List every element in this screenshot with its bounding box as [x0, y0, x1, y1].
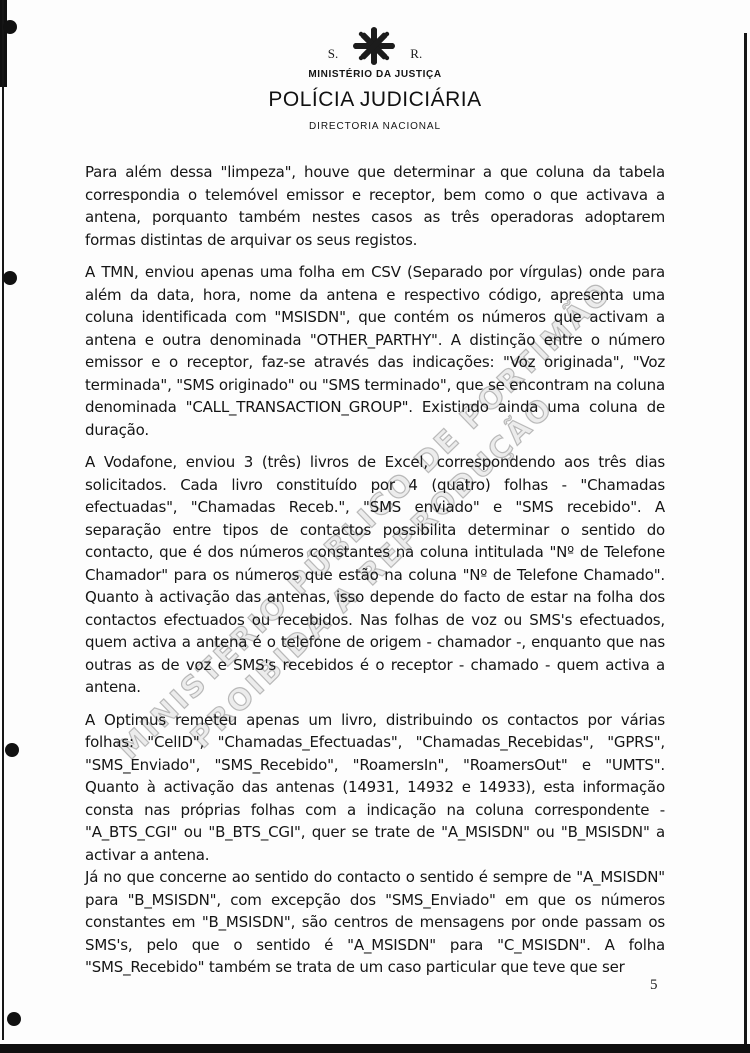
crest-right-initial: R.	[410, 33, 422, 60]
punch-hole	[7, 1012, 21, 1026]
organization-title: POLÍCIA JUDICIÁRIA	[0, 88, 750, 112]
ministry-name: MINISTÉRIO DA JUSTIÇA	[0, 69, 750, 80]
page-number: 5	[650, 977, 658, 994]
document-page: MINISTÉRIO PÚBLICO DE PORTIMÃO PROIBIDA …	[0, 0, 750, 1053]
document-body: Para além dessa "limpeza", houve que det…	[85, 161, 665, 979]
paragraph-4: A Optimus remeteu apenas um livro, distr…	[85, 709, 665, 867]
paragraph-3: A Vodafone, enviou 3 (três) livros de Ex…	[85, 451, 665, 699]
paragraph-5: Já no que concerne ao sentido do contact…	[85, 866, 665, 979]
paragraph-1: Para além dessa "limpeza", houve que det…	[85, 161, 665, 251]
bottom-edge-bar	[0, 1044, 750, 1053]
left-margin-line	[2, 0, 4, 1040]
right-edge-line	[744, 33, 747, 1053]
punch-hole	[3, 271, 17, 285]
crest-left-initial: S.	[328, 33, 338, 60]
directorate-subtitle: DIRECTORIA NACIONAL	[0, 121, 750, 132]
crest-row: S.	[0, 27, 750, 65]
punch-hole	[5, 743, 19, 757]
coat-of-arms-icon	[351, 27, 397, 65]
letterhead: S.	[0, 27, 750, 132]
paragraph-2: A TMN, enviou apenas uma folha em CSV (S…	[85, 261, 665, 441]
